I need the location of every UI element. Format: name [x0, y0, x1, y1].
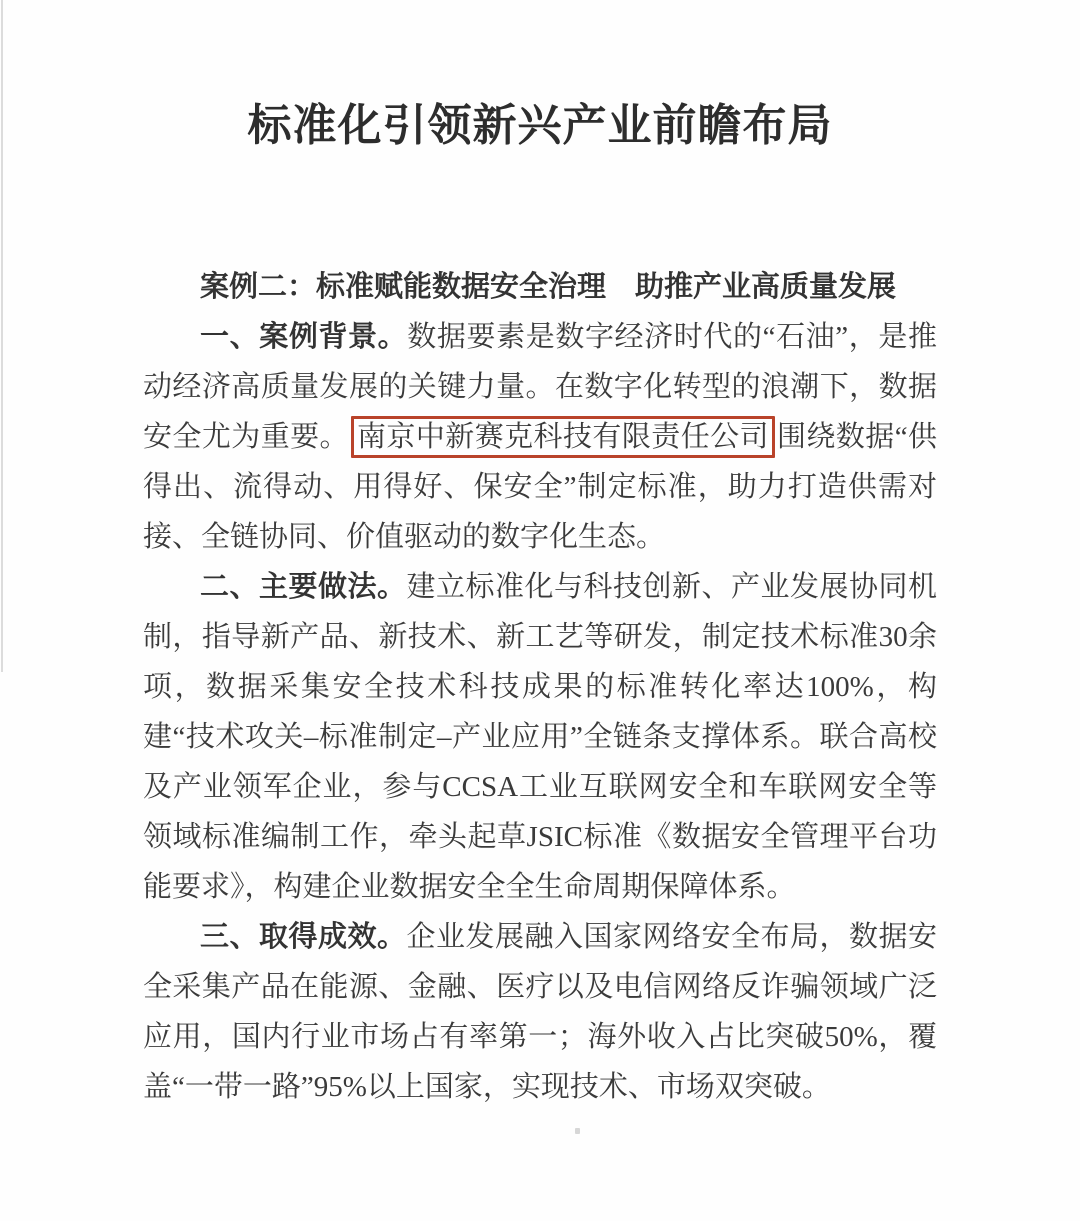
paragraph-results: 三、取得成效。企业发展融入国家网络安全布局，数据安全采集产品在能源、金融、医疗以…	[143, 912, 937, 1112]
methods-text: 建立标准化与科技创新、产业发展协同机制，指导新产品、新技术、新工艺等研发，制定技…	[143, 571, 937, 903]
scan-speck-artifact	[575, 1128, 580, 1134]
document-page: 标准化引领新兴产业前瞻布局 案例二：标准赋能数据安全治理 助推产业高质量发展 一…	[0, 0, 1080, 1221]
section-lead-methods: 二、主要做法。	[200, 571, 407, 603]
section-lead-results: 三、取得成效。	[200, 921, 407, 953]
case-subtitle: 案例二：标准赋能数据安全治理 助推产业高质量发展	[143, 262, 937, 312]
section-lead-background: 一、案例背景。	[200, 321, 407, 353]
company-name-highlight-box: 南京中新赛克科技有限责任公司	[351, 416, 775, 458]
paragraph-main-methods: 二、主要做法。建立标准化与科技创新、产业发展协同机制，指导新产品、新技术、新工艺…	[143, 562, 937, 912]
document-body: 案例二：标准赋能数据安全治理 助推产业高质量发展 一、案例背景。数据要素是数字经…	[143, 262, 937, 1112]
document-title: 标准化引领新兴产业前瞻布局	[0, 98, 1080, 153]
paragraph-case-background: 一、案例背景。数据要素是数字经济时代的“石油”，是推动经济高质量发展的关键力量。…	[143, 312, 937, 562]
